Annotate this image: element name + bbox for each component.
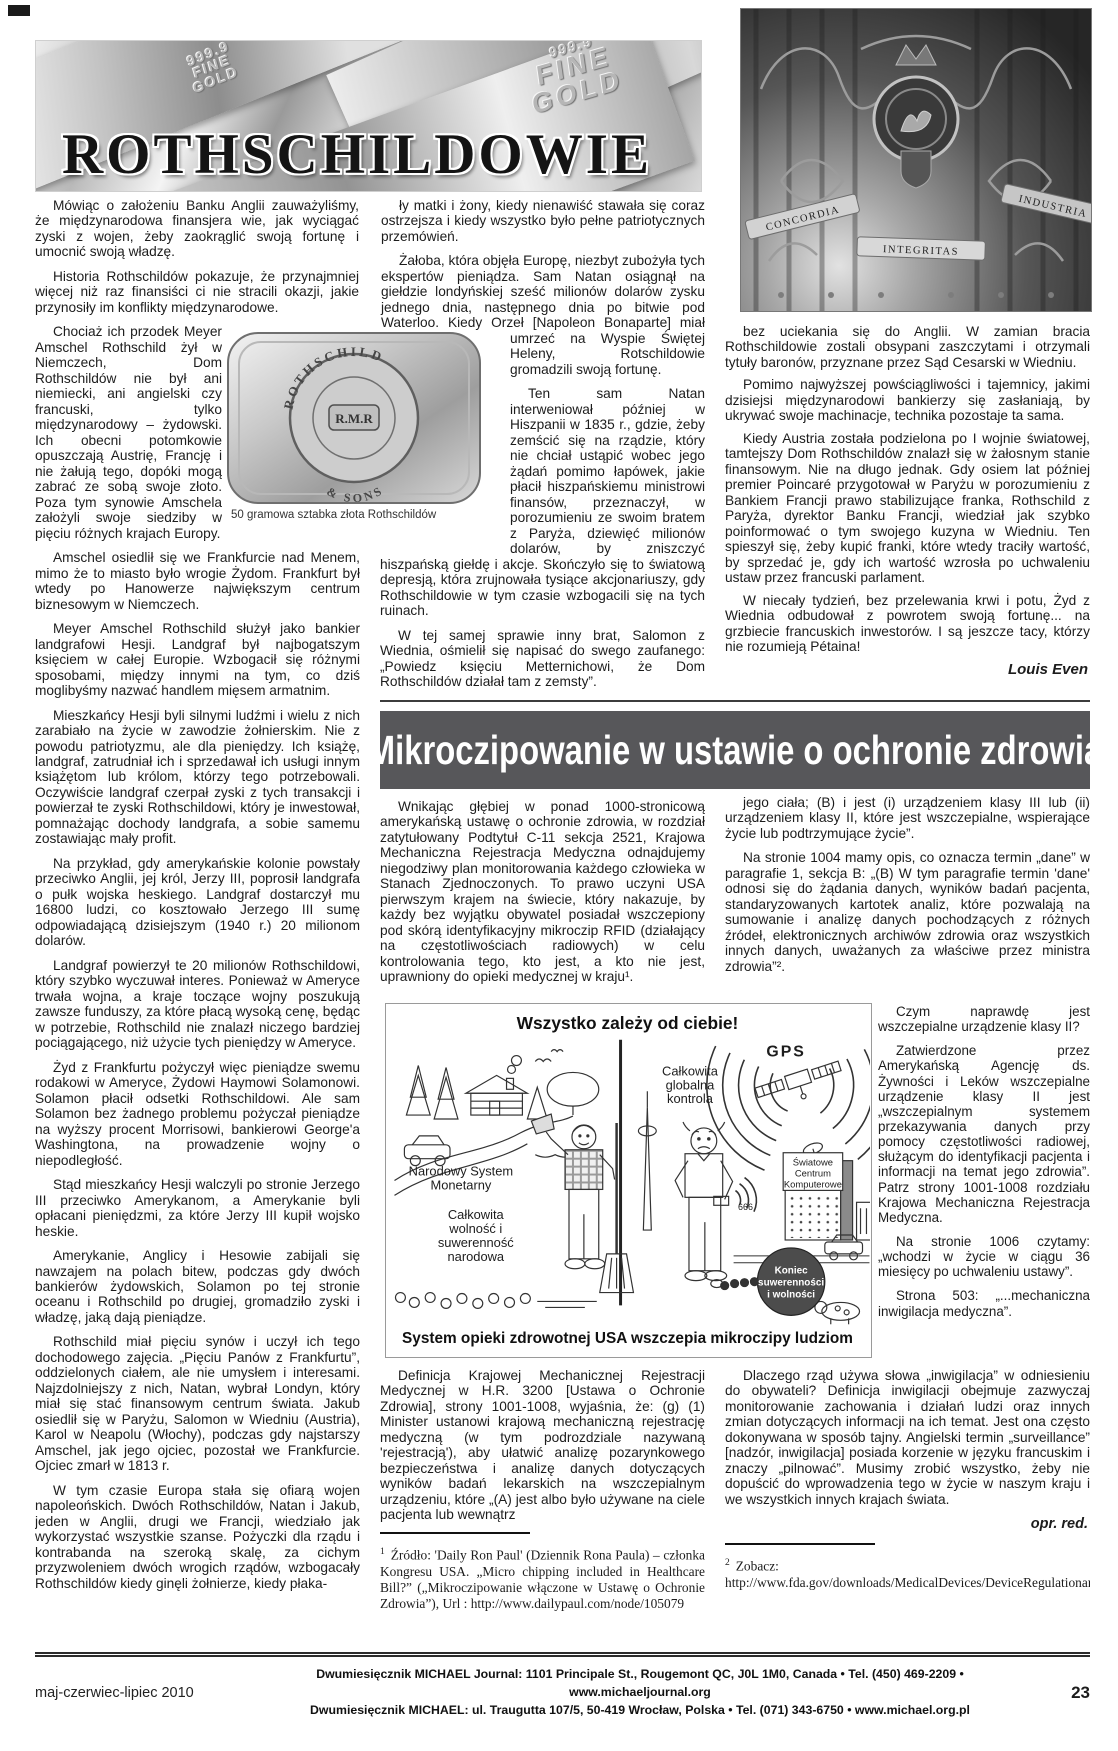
svg-text:Centrum: Centrum xyxy=(795,1168,831,1179)
paragraph: Na przykład, gdy amerykańskie kolonie po… xyxy=(35,856,360,949)
svg-text:narodowa: narodowa xyxy=(448,1249,505,1264)
paragraph: bez uciekania się do Anglii. W zamian br… xyxy=(725,324,1090,370)
paragraph: jego ciała; (B) i jest (i) urządzeniem k… xyxy=(725,795,1090,841)
footnote-rule xyxy=(380,1532,530,1534)
svg-text:Całkowita: Całkowita xyxy=(662,1063,719,1078)
paragraph: Mówiąc o założeniu Banku Anglii zauważyl… xyxy=(35,198,360,260)
article2-column-b-bottom: Dlaczego rząd używa słowa „inwigilacja” … xyxy=(725,1368,1090,1652)
footnote-marker: 2 xyxy=(725,1558,730,1568)
paragraph: Wnikając głębiej w ponad 1000-stronicową… xyxy=(380,799,705,985)
cartoon-right-scene xyxy=(638,1004,870,1324)
paragraph: Zatwierdzone przez Amerykańską Agencję d… xyxy=(878,1043,1090,1225)
cartoon-caption: System opieki zdrowotnej USA wszczepia m… xyxy=(402,1330,853,1347)
paragraph: ły matki i żony, kiedy nienawiść stawała… xyxy=(380,198,705,244)
footnote-2: 2Zobacz: http://www.fda.gov/downloads/Me… xyxy=(725,1558,1090,1591)
svg-text:wolność i: wolność i xyxy=(448,1221,502,1236)
paragraph: Historia Rothschildów pokazuje, że przyn… xyxy=(35,269,360,315)
text-wrap-spacer xyxy=(222,333,360,549)
paragraph: Mieszkańcy Hesji byli silnymi ludźmi i w… xyxy=(35,708,360,847)
svg-text:kontrola: kontrola xyxy=(667,1091,714,1106)
paragraph: Na stronie 1004 mamy opis, co oznacza te… xyxy=(725,850,1090,974)
cartoon-left-labels: Narodowy System Monetarny Całkowita woln… xyxy=(409,1164,515,1264)
article2-column-b-side: Czym naprawdę jest wszczepialne urządzen… xyxy=(878,1004,1090,1360)
svg-text:GPS: GPS xyxy=(766,1044,805,1061)
masthead-gold-bars-image: 999.9 FINE GOLD 999.9 FINE GOLD ROTHSCHI… xyxy=(35,40,702,192)
article2-column-a-intro: Wnikając głębiej w ponad 1000-stronicową… xyxy=(380,799,705,999)
cartoon-title: Wszystko zależy od ciebie! xyxy=(517,1013,739,1033)
newspaper-page: 999.9 FINE GOLD 999.9 FINE GOLD ROTHSCHI… xyxy=(0,0,1118,1751)
svg-text:Koniec: Koniec xyxy=(775,1266,809,1277)
footer-publisher-info: Dwumiesięcznik MICHAEL Journal: 1101 Pri… xyxy=(250,1666,1030,1719)
svg-text:i wolności: i wolności xyxy=(767,1289,815,1300)
svg-text:suwerenność: suwerenność xyxy=(438,1235,514,1250)
print-corner-mark xyxy=(8,5,30,16)
article1-column-2: ły matki i żony, kiedy nienawiść stawała… xyxy=(380,198,705,694)
svg-text:Światowe: Światowe xyxy=(793,1157,833,1168)
paragraph: W niecały tydzień, bez przelewania krwi … xyxy=(725,593,1090,655)
footnote-rule xyxy=(725,1543,875,1545)
paragraph: Czym naprawdę jest wszczepialne urządzen… xyxy=(878,1004,1090,1034)
paragraph: W tej samej sprawie inny brat, Salomon z… xyxy=(380,628,705,690)
paragraph: Landgraf powierzył te 20 milionów Rothsc… xyxy=(35,958,360,1051)
paragraph: Amschel osiedlił się we Frankfurcie nad … xyxy=(35,550,360,612)
article2-column-a-after-cartoon: Definicja Krajowej Mechanicznej Rejestra… xyxy=(380,1368,705,1652)
footnote-marker: 1 xyxy=(380,1547,385,1557)
footnote-text: Zobacz: http://www.fda.gov/downloads/Med… xyxy=(725,1559,1090,1590)
paragraph: Pomimo najwyższej powściągliwości i taje… xyxy=(725,377,1090,423)
page-number: 23 xyxy=(1030,1683,1090,1703)
paragraph: Definicja Krajowej Mechanicznej Rejestra… xyxy=(380,1368,705,1523)
text-wrap-spacer xyxy=(380,333,510,549)
footer: maj-czerwiec-lipiec 2010 Dwumiesięcznik … xyxy=(35,1666,1090,1719)
paragraph: W tym czasie Europa stała się ofiarą woj… xyxy=(35,1483,360,1591)
paragraph: Stąd mieszkańcy Hesji walczyli po stroni… xyxy=(35,1177,360,1239)
gate-shield xyxy=(901,151,931,188)
gate-crown xyxy=(896,45,936,65)
rothschild-gate-image: CONCORDIA INTEGRITAS INDUSTRIA xyxy=(740,8,1092,312)
cartoon-illustration: Wszystko zależy od ciebie! xyxy=(385,1003,872,1358)
svg-text:globalna: globalna xyxy=(666,1077,716,1092)
article2-top-rule xyxy=(380,700,1090,702)
svg-text:Narodowy System: Narodowy System xyxy=(409,1164,513,1179)
article2-column-b-top: jego ciała; (B) i jest (i) urządzeniem k… xyxy=(725,795,1090,1001)
paragraph: Rothschild miał pięciu synów i uczył ich… xyxy=(35,1334,360,1473)
paragraph: Kiedy Austria została podzielona po I wo… xyxy=(725,431,1090,586)
paragraph: Na stronie 1006 czytamy: „wchodzi w życi… xyxy=(878,1234,1090,1279)
svg-text:Całkowita: Całkowita xyxy=(448,1207,505,1222)
svg-text:666: 666 xyxy=(738,1202,753,1212)
footer-line-2: Dwumiesięcznik MICHAEL: ul. Traugutta 10… xyxy=(250,1702,1030,1720)
article2-byline: opr. red. xyxy=(725,1516,1088,1532)
article1-column-3: bez uciekania się do Anglii. W zamian br… xyxy=(725,324,1090,704)
svg-text:Monetarny: Monetarny xyxy=(431,1177,492,1192)
footer-rule xyxy=(35,1652,1090,1657)
article1-author: Louis Even xyxy=(725,662,1088,679)
article1-title: ROTHSCHILDOWIE xyxy=(62,122,652,187)
paragraph: Strona 503: „...mechaniczna inwigilacja … xyxy=(878,1288,1090,1318)
footer-line-1: Dwumiesięcznik MICHAEL Journal: 1101 Pri… xyxy=(250,1666,1030,1702)
paragraph: Dlaczego rząd używa słowa „inwigilacja” … xyxy=(725,1368,1090,1507)
footnote-1: 1Źródło: 'Daily Ron Paul' (Dziennik Rona… xyxy=(380,1547,705,1612)
paragraph: Amerykanie, Anglicy i Hesowie zabijali s… xyxy=(35,1248,360,1325)
article2-headline-bar: Mikroczipowanie w ustawie o ochronie zdr… xyxy=(380,711,1090,789)
paragraph: Meyer Amschel Rothschild służył jako ban… xyxy=(35,621,360,698)
footnote-text: Źródło: 'Daily Ron Paul' (Dziennik Rona … xyxy=(380,1548,705,1611)
svg-text:suwerenności: suwerenności xyxy=(758,1278,824,1289)
svg-text:Komputerowe: Komputerowe xyxy=(784,1178,842,1189)
paragraph: Żyd z Frankfurtu pożyczył więc pieniądze… xyxy=(35,1060,360,1168)
article2-headline: Mikroczipowanie w ustawie o ochronie zdr… xyxy=(380,727,1090,774)
footer-edition: maj-czerwiec-lipiec 2010 xyxy=(35,1685,250,1701)
article1-column-1: Mówiąc o założeniu Banku Anglii zauważyl… xyxy=(35,198,360,1650)
text-wrap-spacer xyxy=(359,198,360,333)
gate-banner-center: INTEGRITAS xyxy=(857,237,986,260)
